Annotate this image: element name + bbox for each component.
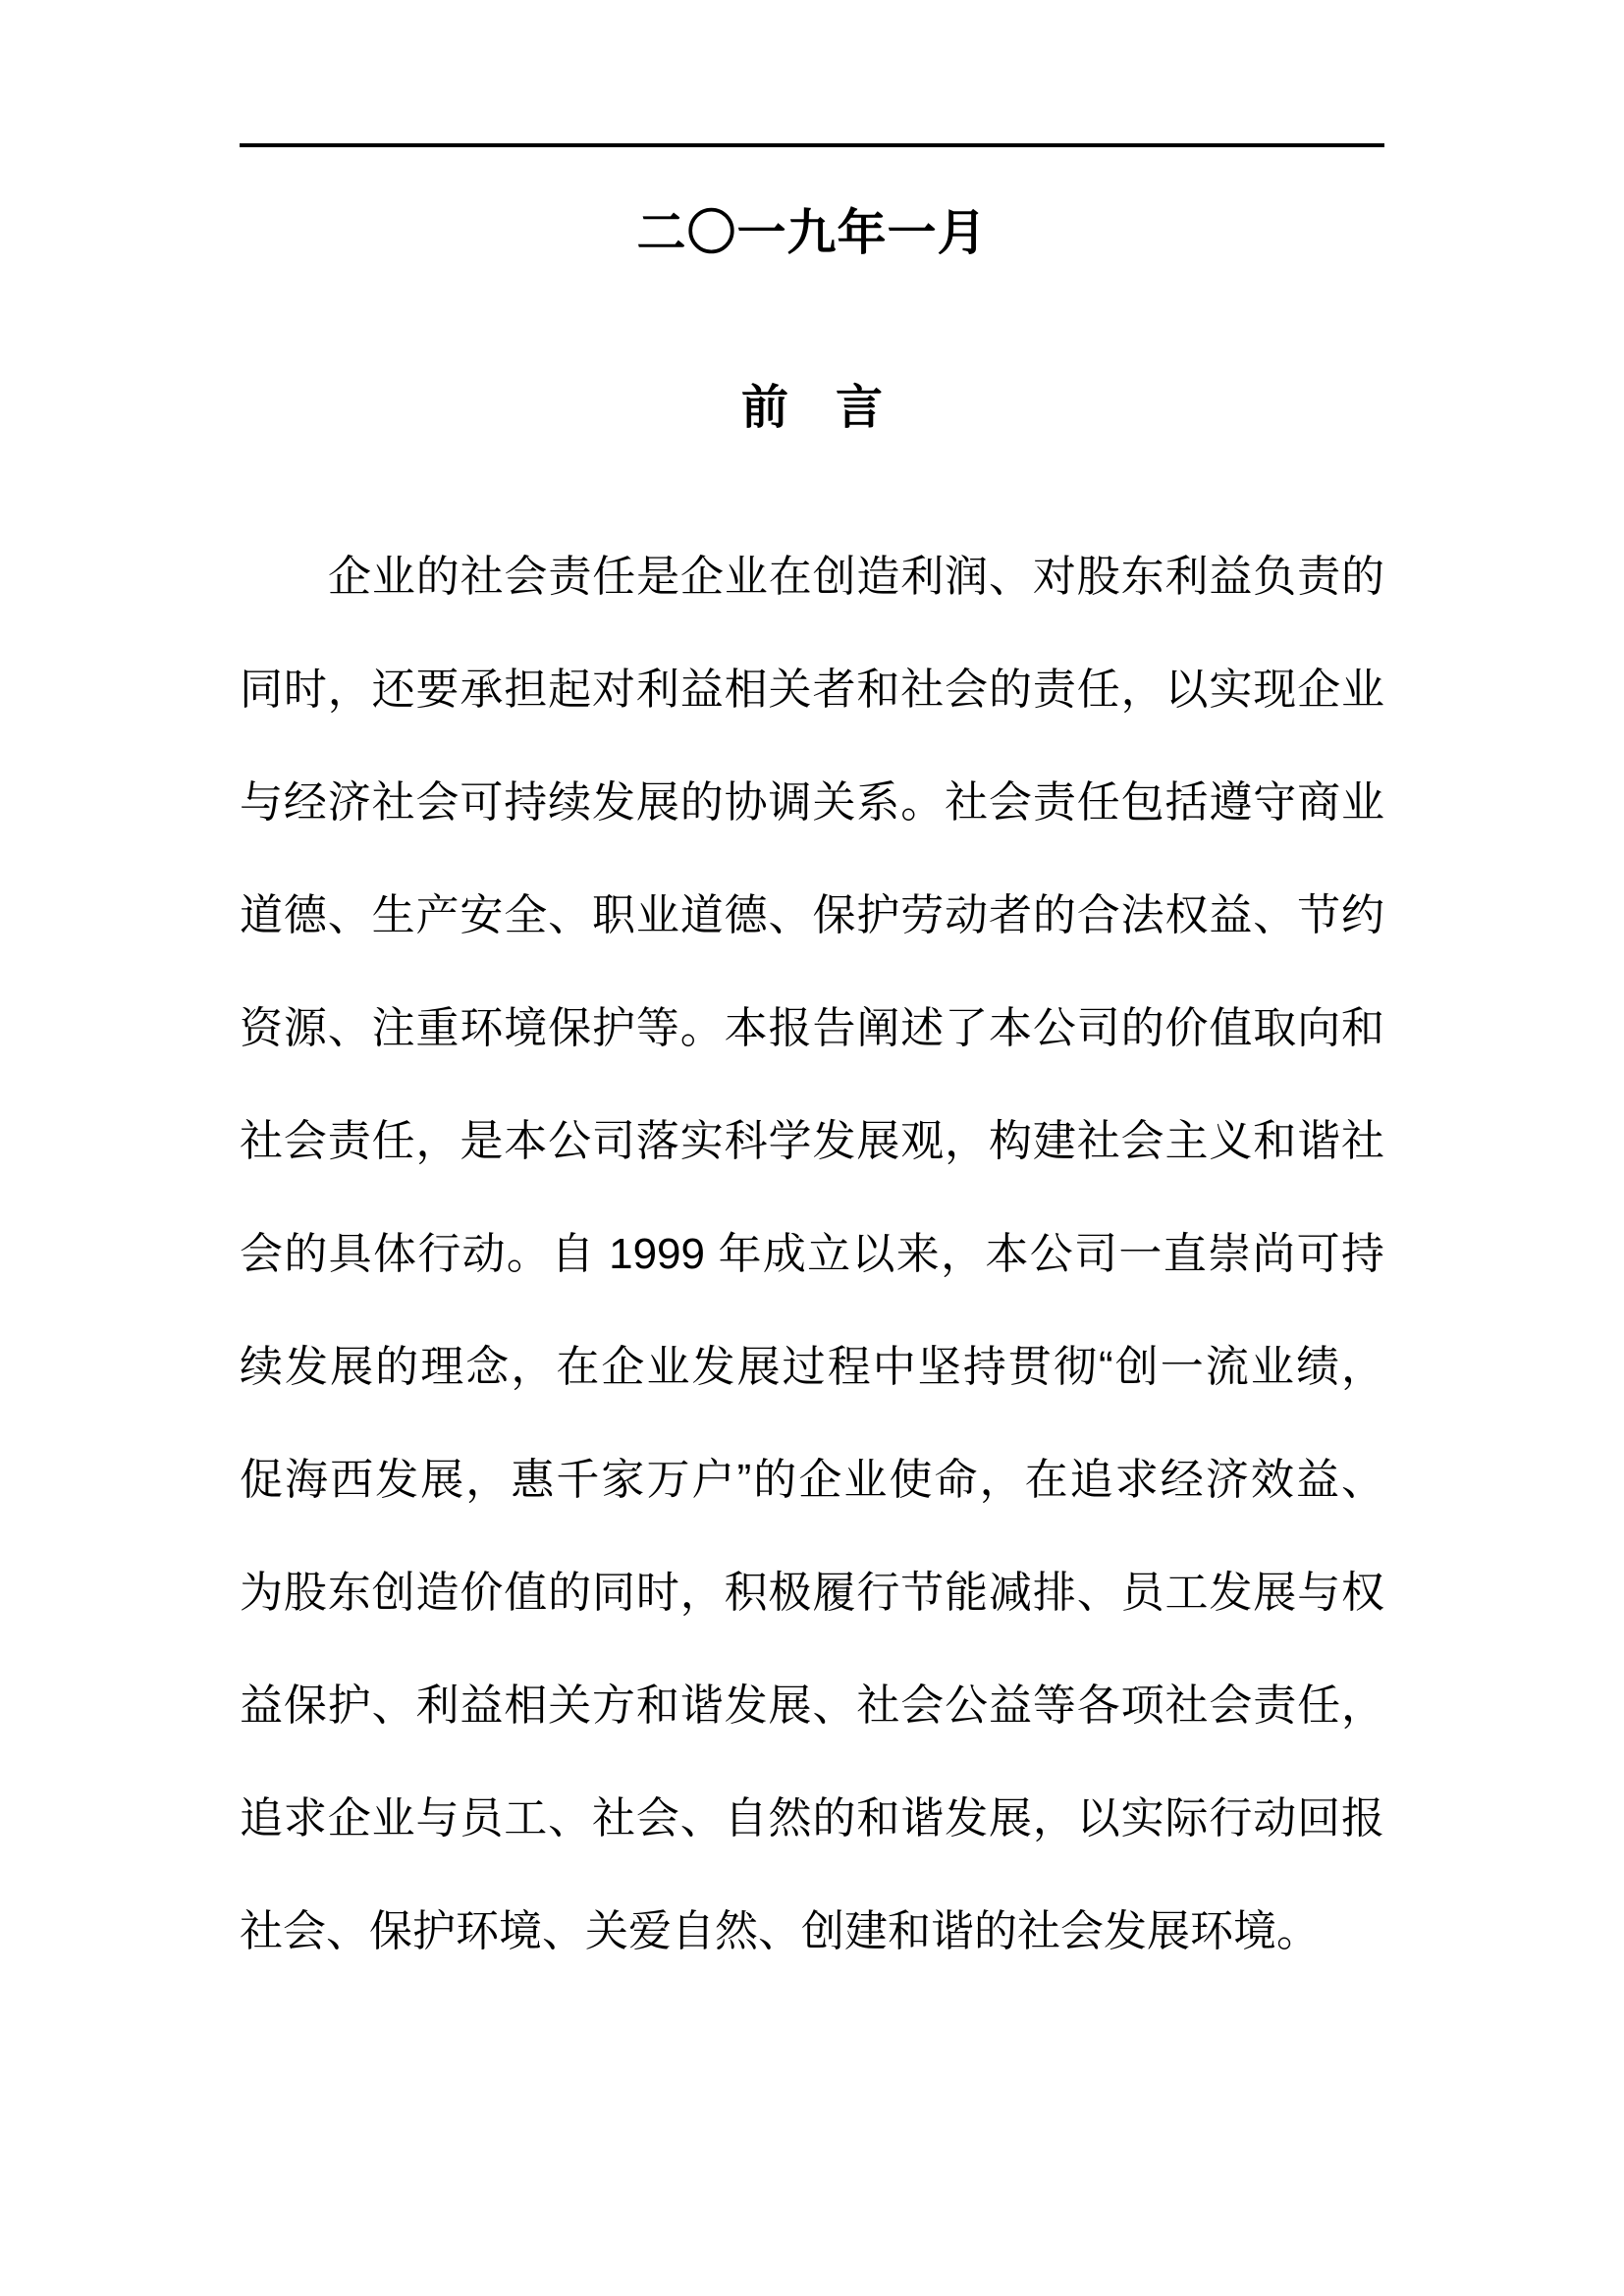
- paragraph-line: 与经济社会可持续发展的协调关系。社会责任包括遵守商业: [240, 746, 1384, 859]
- paragraph-line: 企业的社会责任是企业在创造利润、对股东利益负责的: [240, 520, 1384, 633]
- paragraph-line: 为股东创造价值的同时，积极履行节能减排、员工发展与权: [240, 1536, 1384, 1649]
- paragraph-line: 续发展的理念，在企业发展过程中坚持贯彻“创一流业绩，: [240, 1310, 1384, 1423]
- paragraph-line: 道德、生产安全、职业道德、保护劳动者的合法权益、节约: [240, 859, 1384, 972]
- preface-heading: 前 言: [0, 381, 1624, 436]
- header-divider-line: [240, 143, 1384, 147]
- paragraph-line: 益保护、利益相关方和谐发展、社会公益等各项社会责任，: [240, 1649, 1384, 1762]
- paragraph-line: 社会责任，是本公司落实科学发展观，构建社会主义和谐社: [240, 1085, 1384, 1198]
- paragraph-line: 促海西发展，惠千家万户”的企业使命，在追求经济效益、: [240, 1423, 1384, 1536]
- paragraph-line: 同时，还要承担起对利益相关者和社会的责任，以实现企业: [240, 633, 1384, 746]
- preface-paragraph: 企业的社会责任是企业在创造利润、对股东利益负责的 同时，还要承担起对利益相关者和…: [240, 520, 1384, 1988]
- document-date-title: 二〇一九年一月: [0, 204, 1624, 261]
- document-page: 二〇一九年一月 前 言 企业的社会责任是企业在创造利润、对股东利益负责的 同时，…: [0, 0, 1624, 2296]
- paragraph-line: 会的具体行动。自 1999 年成立以来，本公司一直崇尚可持: [240, 1198, 1384, 1310]
- paragraph-line: 社会、保护环境、关爱自然、创建和谐的社会发展环境。: [240, 1875, 1384, 1988]
- paragraph-line: 资源、注重环境保护等。本报告阐述了本公司的价值取向和: [240, 972, 1384, 1085]
- paragraph-line: 追求企业与员工、社会、自然的和谐发展，以实际行动回报: [240, 1762, 1384, 1875]
